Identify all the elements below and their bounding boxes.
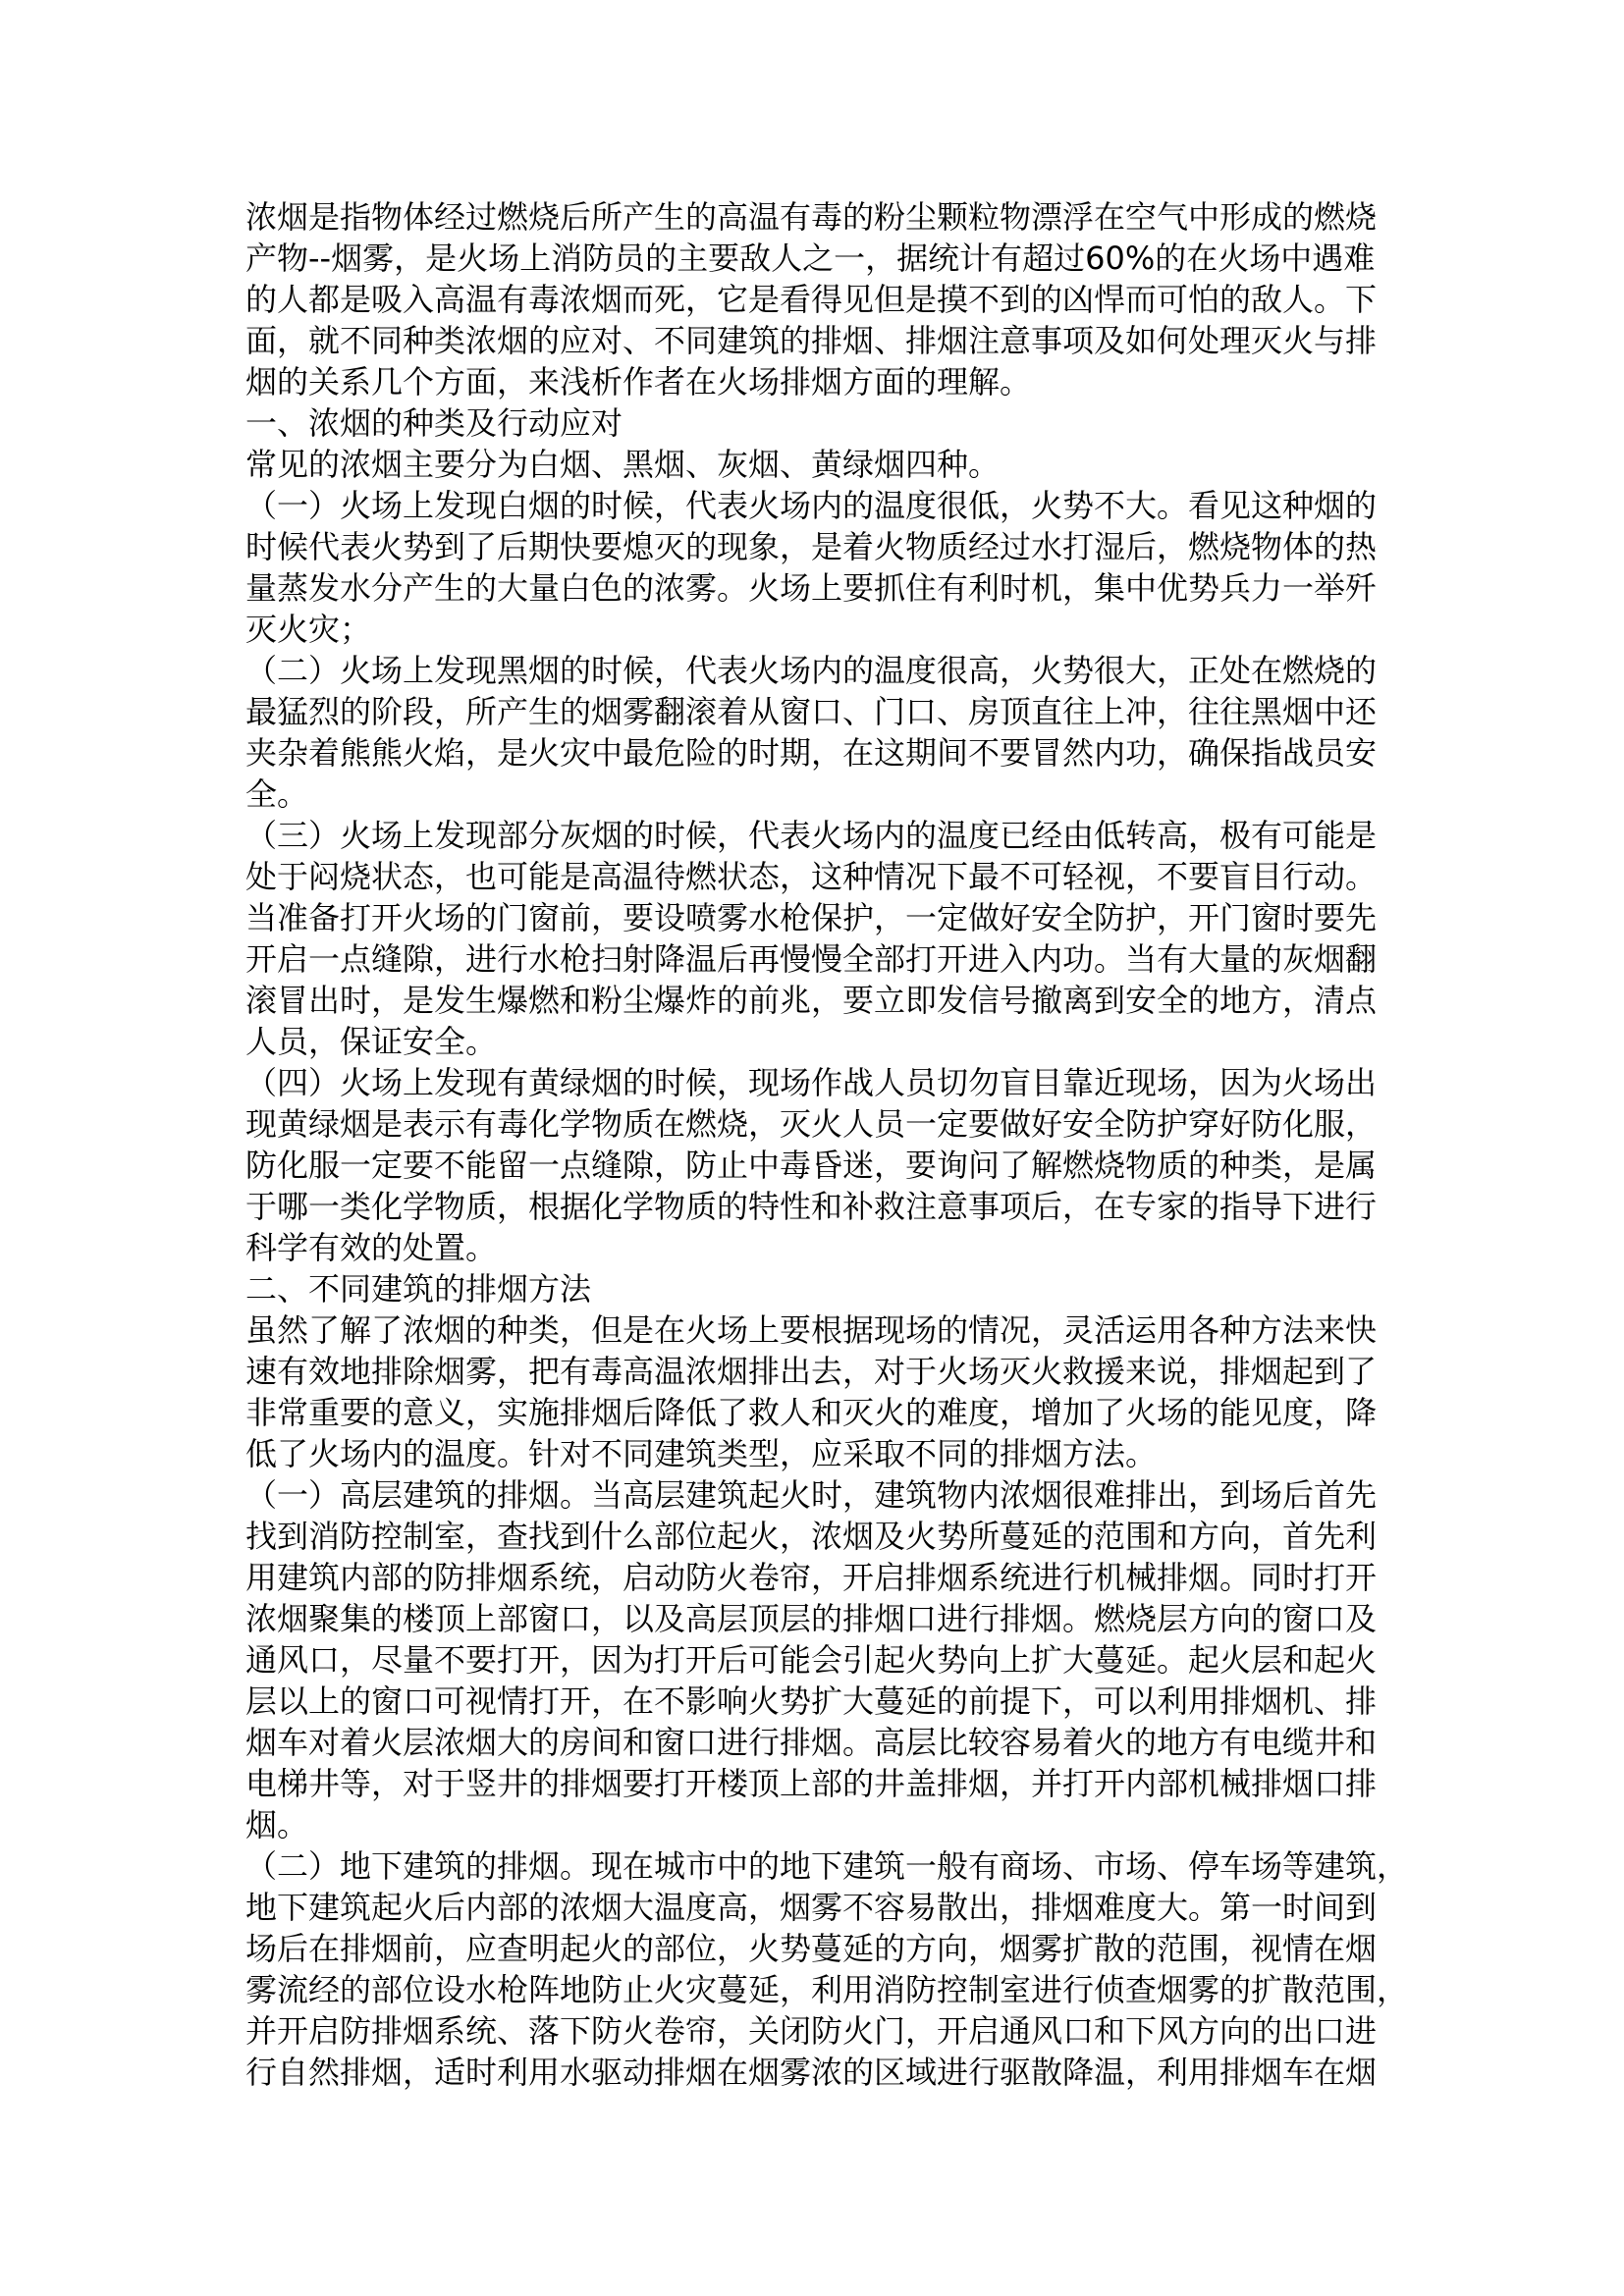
white-smoke-item: （一）火场上发现白烟的时候，代表火场内的温度很低，火势不大。看见这种烟的 时候代… (245, 485, 1424, 650)
document-text: 浓烟是指物体经过燃烧后所产生的高温有毒的粉尘颗粒物漂浮在空气中形成的燃烧 产物-… (245, 196, 1424, 2093)
venting-lead: 虽然了解了浓烟的种类，但是在火场上要根据现场的情况，灵活运用各种方法来快 速有效… (245, 1309, 1424, 1474)
intro-paragraph: 浓烟是指物体经过燃烧后所产生的高温有毒的粉尘颗粒物漂浮在空气中形成的燃烧 产物-… (245, 196, 1424, 402)
underground-venting-item: （二）地下建筑的排烟。现在城市中的地下建筑一般有商场、市场、停车场等建筑， 地下… (245, 1845, 1424, 2093)
section-2-heading: 二、不同建筑的排烟方法 (245, 1268, 1424, 1309)
black-smoke-item: （二）火场上发现黑烟的时候，代表火场内的温度很高，火势很大，正处在燃烧的 最猛烈… (245, 650, 1424, 815)
smoke-types-lead: 常见的浓烟主要分为白烟、黑烟、灰烟、黄绿烟四种。 (245, 444, 1424, 485)
document-page: 浓烟是指物体经过燃烧后所产生的高温有毒的粉尘颗粒物漂浮在空气中形成的燃烧 产物-… (0, 0, 1624, 2296)
yellow-green-smoke-item: （四）火场上发现有黄绿烟的时候，现场作战人员切勿盲目靠近现场，因为火场出 现黄绿… (245, 1062, 1424, 1268)
grey-smoke-item: （三）火场上发现部分灰烟的时候，代表火场内的温度已经由低转高，极有可能是 处于闷… (245, 815, 1424, 1062)
section-1-heading: 一、浓烟的种类及行动应对 (245, 402, 1424, 444)
high-rise-venting-item: （一）高层建筑的排烟。当高层建筑起火时，建筑物内浓烟很难排出，到场后首先 找到消… (245, 1474, 1424, 1845)
